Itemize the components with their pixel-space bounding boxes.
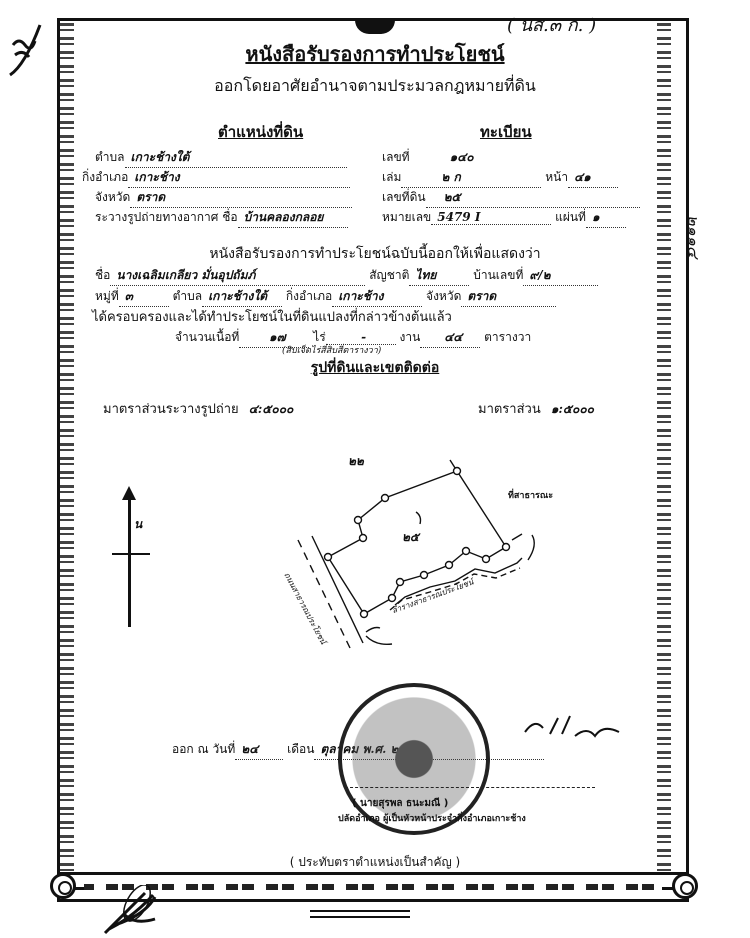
neighbor-parcel-number: ๒๒	[348, 452, 364, 471]
photo-scale-value: ๔:๕๐๐๐	[243, 402, 294, 416]
possession-statement: ได้ครอบครองและได้ทำประโยชน์ในที่ดินแปลงท…	[92, 306, 452, 327]
land-no-value: ๒๕	[426, 190, 461, 204]
area-rai: ๑๗	[263, 330, 286, 344]
certification-intro: หนังสือรับรองการทำประโยชน์ฉบับนี้ออกให้เ…	[0, 243, 750, 265]
registration-number: เลขที่๑๔๐	[382, 148, 474, 167]
north-label: น	[134, 515, 142, 534]
registration-land-no: เลขที่ดิน๒๕	[382, 188, 640, 208]
tambon-value: เกาะช้างใต้	[125, 150, 190, 164]
holder-row: ชื่อนางเฉลิมเกลียว มั่นอุปถัมภ์ สัญชาติไ…	[95, 266, 598, 286]
subsheet-value: ๑	[586, 210, 600, 224]
area-in-words: (สิบเจ็ดไร่สี่สิบสี่ตารางวา)	[282, 343, 381, 357]
parcel-number: ๒๕	[402, 528, 419, 547]
seal-caption: ( ประทับตราตำแหน่งเป็นสำคัญ )	[0, 853, 750, 872]
corner-emblem-icon	[50, 873, 76, 899]
bottom-rule	[310, 910, 410, 912]
map-scale: มาตราส่วน ๑:๕๐๐๐	[478, 398, 594, 419]
nationality-value: ไทย	[409, 268, 436, 282]
map-heading: รูปที่ดินและเขตติดต่อ	[0, 357, 750, 379]
amphoe-value: เกาะช้าง	[128, 170, 179, 184]
address-row: หมู่ที่๓ ตำบลเกาะช้างใต้ กิ่งอำเภอเกาะช้…	[95, 287, 556, 307]
location-tambon: ตำบลเกาะช้างใต้	[95, 148, 347, 168]
signer-title: ปลัดอำเภอ ผู้เป็นหัวหน้าประจำกิ่งอำเภอเก…	[338, 811, 526, 825]
document-title: หนังสือรับรองการทำประโยชน์	[0, 38, 750, 70]
east-boundary-label: ที่สาธารณะ	[508, 488, 553, 502]
location-changwat: จังหวัดตราด	[95, 188, 352, 208]
location-aerial-sheet: ระวางรูปถ่ายทางอากาศ ชื่อบ้านคลองกลอย	[95, 208, 348, 228]
moo-value: ๓	[119, 289, 133, 303]
signature-mark-icon	[520, 712, 630, 742]
location-heading: ตำแหน่งที่ดิน	[218, 120, 303, 144]
address-changwat-value: ตราด	[461, 289, 496, 303]
area-wa: ๔๔	[438, 330, 462, 344]
sheet-value: 5479 I	[431, 210, 480, 224]
corner-emblem-icon	[672, 873, 698, 899]
aerial-sheet-value: บ้านคลองกลอย	[238, 210, 324, 224]
page-value: ๔๑	[568, 170, 591, 184]
photo-scale: มาตราส่วนระวางรูปถ่าย ๔:๕๐๐๐	[103, 398, 293, 419]
house-no-value: ๙/๒	[523, 268, 550, 282]
bottom-signature-icon	[95, 885, 175, 935]
address-amphoe-value: เกาะช้าง	[332, 289, 383, 303]
form-code: ( นส.๓ ก. )	[507, 10, 596, 39]
north-arrow-crossbar	[112, 553, 150, 555]
map-scale-value: ๑:๕๐๐๐	[545, 402, 594, 416]
address-tambon-value: เกาะช้างใต้	[202, 289, 267, 303]
north-arrow-shaft	[128, 492, 131, 627]
signer-name: ( นายสุรพล ธนะมณี )	[352, 796, 448, 811]
signature-line	[345, 787, 595, 788]
registration-sheet: หมายเลข5479 I แผ่นที่๑	[382, 208, 626, 228]
area-ngan: -	[355, 330, 366, 344]
registration-volume: เล่ม๒ ก หน้า๔๑	[382, 168, 618, 188]
document-subtitle: ออกโดยอาศัยอำนาจตามประมวลกฎหมายที่ดิน	[0, 74, 750, 99]
holder-name: นางเฉลิมเกลียว มั่นอุปถัมภ์	[110, 268, 255, 282]
bottom-rule	[310, 916, 410, 918]
registration-number-value: ๑๔๐	[410, 150, 474, 164]
changwat-value: ตราด	[130, 190, 165, 204]
location-amphoe: กิ่งอำเภอเกาะช้าง	[82, 168, 350, 188]
issue-day: ๒๔	[235, 742, 258, 756]
registration-heading: ทะเบียน	[480, 120, 532, 144]
volume-value: ๒ ก	[401, 170, 460, 184]
